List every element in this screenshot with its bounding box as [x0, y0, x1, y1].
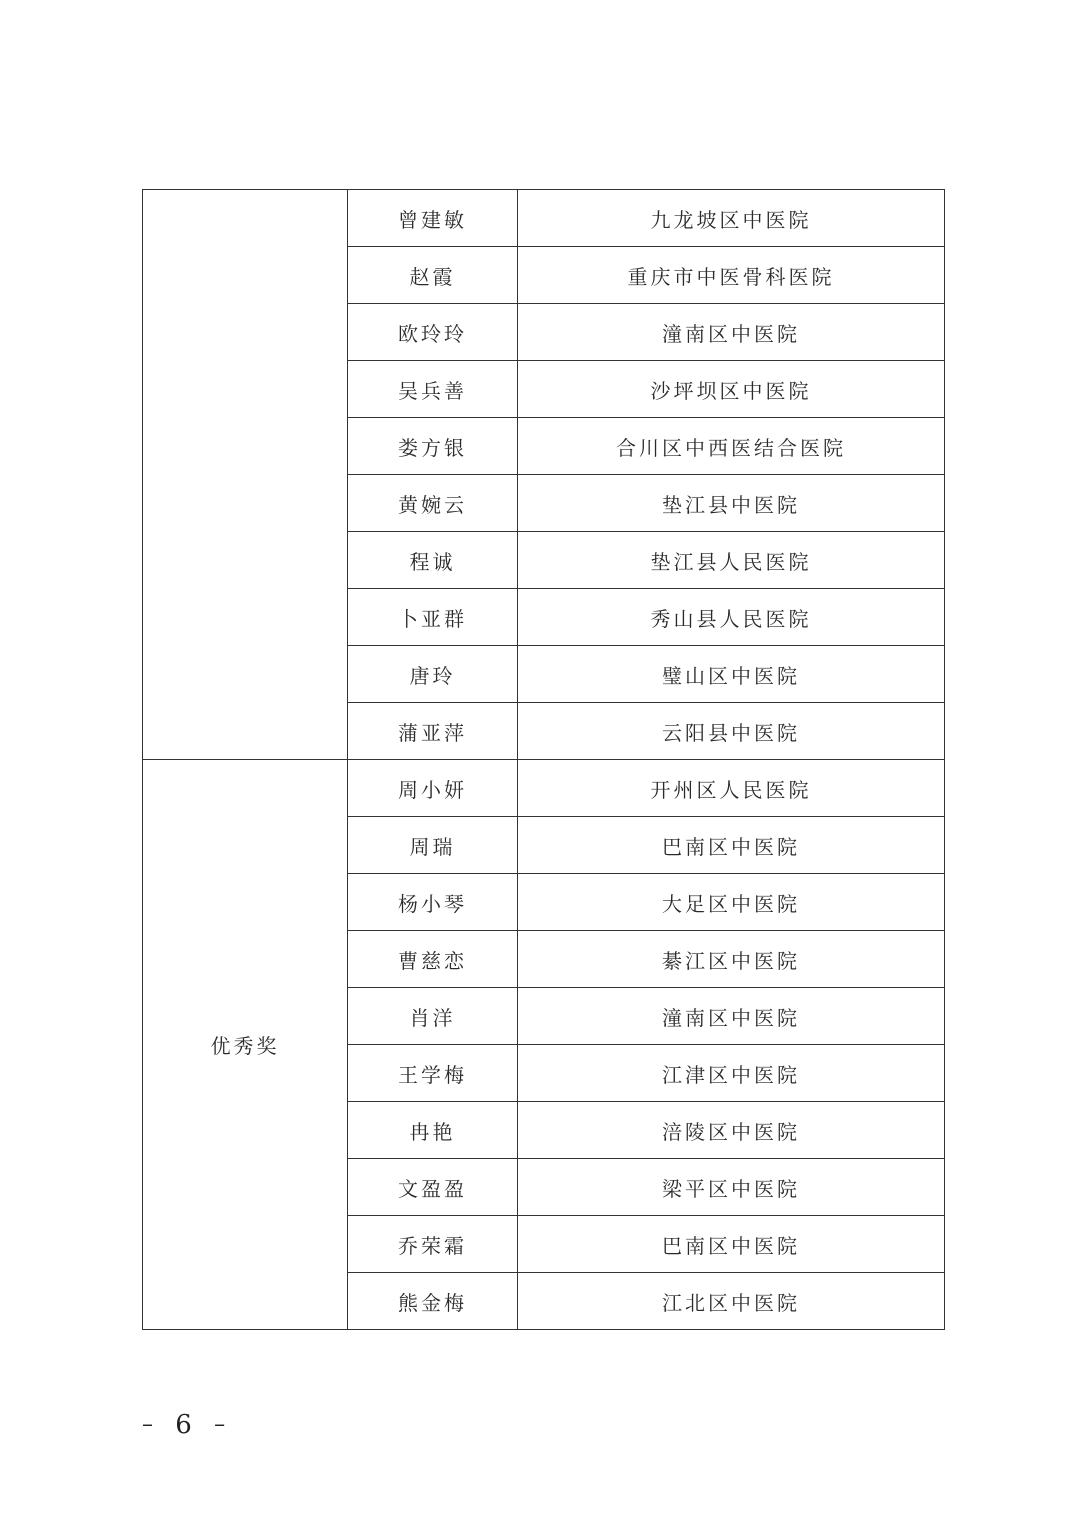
- organization-cell: 垫江县人民医院: [518, 532, 945, 589]
- recipient-name-cell: 冉艳: [348, 1102, 518, 1159]
- organization-cell: 九龙坡区中医院: [518, 190, 945, 247]
- recipient-name-cell: 文盈盈: [348, 1159, 518, 1216]
- recipient-name-cell: 欧玲玲: [348, 304, 518, 361]
- organization-cell: 开州区人民医院: [518, 760, 945, 817]
- organization-cell: 秀山县人民医院: [518, 589, 945, 646]
- page-dash-left: –: [142, 1412, 155, 1437]
- award-list-table: 曾建敏九龙坡区中医院赵霞重庆市中医骨科医院欧玲玲潼南区中医院吴兵善沙坪坝区中医院…: [142, 189, 945, 1330]
- organization-cell: 沙坪坝区中医院: [518, 361, 945, 418]
- organization-cell: 合川区中西医结合医院: [518, 418, 945, 475]
- recipient-name-cell: 唐玲: [348, 646, 518, 703]
- organization-cell: 潼南区中医院: [518, 988, 945, 1045]
- table-row: 优秀奖周小妍开州区人民医院: [143, 760, 945, 817]
- organization-cell: 巴南区中医院: [518, 1216, 945, 1273]
- organization-cell: 梁平区中医院: [518, 1159, 945, 1216]
- award-category-cell: [143, 190, 348, 760]
- recipient-name-cell: 蒲亚萍: [348, 703, 518, 760]
- organization-cell: 江津区中医院: [518, 1045, 945, 1102]
- recipient-name-cell: 周小妍: [348, 760, 518, 817]
- organization-cell: 涪陵区中医院: [518, 1102, 945, 1159]
- recipient-name-cell: 周瑞: [348, 817, 518, 874]
- page-number: 6: [175, 1410, 194, 1440]
- recipient-name-cell: 赵霞: [348, 247, 518, 304]
- organization-cell: 綦江区中医院: [518, 931, 945, 988]
- organization-cell: 大足区中医院: [518, 874, 945, 931]
- organization-cell: 江北区中医院: [518, 1273, 945, 1330]
- award-category-cell: 优秀奖: [143, 760, 348, 1330]
- organization-cell: 重庆市中医骨科医院: [518, 247, 945, 304]
- table-row: 曾建敏九龙坡区中医院: [143, 190, 945, 247]
- recipient-name-cell: 杨小琴: [348, 874, 518, 931]
- recipient-name-cell: 乔荣霜: [348, 1216, 518, 1273]
- recipient-name-cell: 王学梅: [348, 1045, 518, 1102]
- table-body: 曾建敏九龙坡区中医院赵霞重庆市中医骨科医院欧玲玲潼南区中医院吴兵善沙坪坝区中医院…: [143, 190, 945, 1330]
- organization-cell: 璧山区中医院: [518, 646, 945, 703]
- page-dash-right: –: [214, 1412, 227, 1437]
- organization-cell: 云阳县中医院: [518, 703, 945, 760]
- recipient-name-cell: 熊金梅: [348, 1273, 518, 1330]
- recipient-name-cell: 程诚: [348, 532, 518, 589]
- organization-cell: 巴南区中医院: [518, 817, 945, 874]
- recipient-name-cell: 黄婉云: [348, 475, 518, 532]
- recipient-name-cell: 卜亚群: [348, 589, 518, 646]
- recipient-name-cell: 吴兵善: [348, 361, 518, 418]
- recipient-name-cell: 娄方银: [348, 418, 518, 475]
- organization-cell: 潼南区中医院: [518, 304, 945, 361]
- recipient-name-cell: 曾建敏: [348, 190, 518, 247]
- organization-cell: 垫江县中医院: [518, 475, 945, 532]
- page-number-footer: – 6 –: [142, 1410, 227, 1440]
- recipient-name-cell: 肖洋: [348, 988, 518, 1045]
- recipient-name-cell: 曹慈恋: [348, 931, 518, 988]
